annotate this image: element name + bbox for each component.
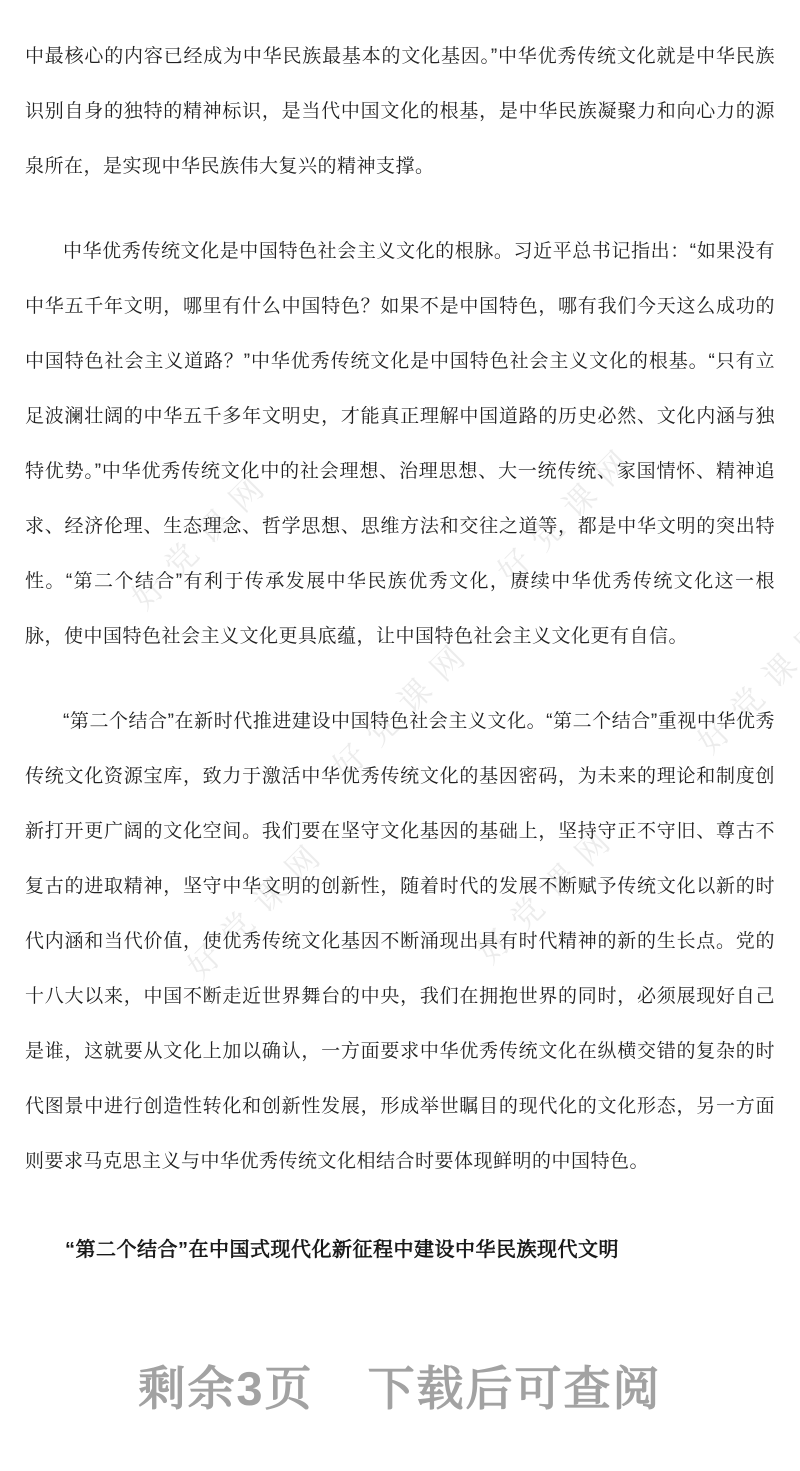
pages-remaining-text: 剩余3页: [138, 1352, 313, 1419]
download-hint-text: 下载后可查阅: [368, 1352, 662, 1419]
document-page: 好党课网 好党课网 好党课网 好党课网 好党课网 好党课网 中最核心的内容已经成…: [0, 0, 800, 1471]
paragraph: 中华优秀传统文化是中国特色社会主义文化的根脉。习近平总书记指出：“如果没有中华五…: [25, 224, 775, 664]
document-content: 中最核心的内容已经成为中华民族最基本的文化基因。”中华优秀传统文化就是中华民族识…: [0, 0, 800, 1265]
section-heading: “第二个结合”在中国式现代化新征程中建设中华民族现代文明: [25, 1235, 775, 1265]
paragraph: “第二个结合”在新时代推进建设中国特色社会主义文化。“第二个结合”重视中华优秀传…: [25, 694, 775, 1189]
paragraph-continuation: 中最核心的内容已经成为中华民族最基本的文化基因。”中华优秀传统文化就是中华民族识…: [25, 29, 775, 194]
pages-remaining-notice: 剩余3页 下载后可查阅: [0, 1352, 800, 1419]
